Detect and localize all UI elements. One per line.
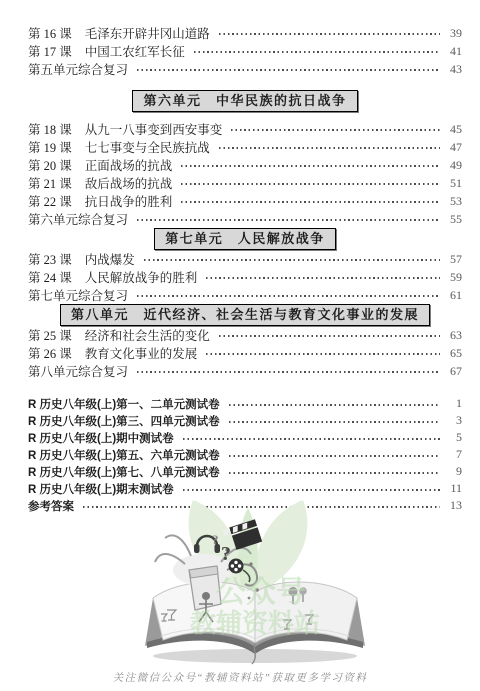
toc-row: 第五单元综合复习43 xyxy=(28,60,462,78)
toc-row: 第 17 课中国工农红军长征41 xyxy=(28,42,462,60)
entry-title: 七七事变与全民族抗战 xyxy=(85,138,210,156)
unit-header: 第六单元 中华民族的抗日战争 xyxy=(132,90,357,112)
page-number: 11 xyxy=(445,481,462,496)
toc-row: 第 24 课人民解放战争的胜利59 xyxy=(28,268,462,286)
test-paper-row: R 历史八年级(上)第一、二单元测试卷1 xyxy=(28,395,462,412)
entry-title: 第七单元综合复习 xyxy=(28,286,128,304)
lesson-number: 第 25 课 xyxy=(28,326,72,344)
unit-header: 第八单元 近代经济、社会生活与教育文化事业的发展 xyxy=(60,304,430,326)
dot-leader xyxy=(181,183,440,185)
page-number: 51 xyxy=(445,176,462,191)
entry-title: 正面战场的抗战 xyxy=(85,156,173,174)
entry-title: 敌后战场的抗战 xyxy=(85,174,173,192)
dot-leader xyxy=(219,33,440,35)
entry-title: 第五单元综合复习 xyxy=(28,60,128,78)
dot-leader xyxy=(137,219,440,221)
test-paper-row: R 历史八年级(上)第三、四单元测试卷3 xyxy=(28,412,462,429)
entry-title: R 历史八年级(上)第五、六单元测试卷 xyxy=(28,447,220,463)
toc-row: 第七单元综合复习61 xyxy=(28,286,462,304)
lesson-number: 第 22 课 xyxy=(28,192,72,210)
page-number: 47 xyxy=(445,140,462,155)
toc-row: 第 20 课正面战场的抗战49 xyxy=(28,156,462,174)
page-number: 1 xyxy=(445,396,462,411)
unit-header-wrap: 第八单元 近代经济、社会生活与教育文化事业的发展 xyxy=(28,304,462,326)
book-illustration: ? ? xyxy=(0,498,480,670)
lesson-number: 第 26 课 xyxy=(28,344,72,362)
page-number: 55 xyxy=(445,212,462,227)
entry-title: 中国工农红军长征 xyxy=(85,42,185,60)
test-paper-row: R 历史八年级(上)期中测试卷5 xyxy=(28,429,462,446)
entry-title: 第六单元综合复习 xyxy=(28,210,128,228)
test-paper-row: R 历史八年级(上)期末测试卷11 xyxy=(28,480,462,497)
page-number: 9 xyxy=(445,464,462,479)
dot-leader xyxy=(206,277,440,279)
entry-title: R 历史八年级(上)期中测试卷 xyxy=(28,430,174,446)
dot-leader xyxy=(194,51,440,53)
dot-leader xyxy=(219,147,440,149)
dot-leader xyxy=(219,335,440,337)
toc-row: 第 23 课内战爆发57 xyxy=(28,250,462,268)
toc-row: 第 21 课敌后战场的抗战51 xyxy=(28,174,462,192)
page-number: 39 xyxy=(445,26,462,41)
toc-row: 第八单元综合复习67 xyxy=(28,362,462,380)
test-paper-list: R 历史八年级(上)第一、二单元测试卷1R 历史八年级(上)第三、四单元测试卷3… xyxy=(28,395,462,514)
footer-text: 关注微信公众号“教辅资料站”获取更多学习资料 xyxy=(113,673,368,684)
svg-text:?: ? xyxy=(221,543,231,565)
test-paper-row: R 历史八年级(上)第七、八单元测试卷9 xyxy=(28,463,462,480)
toc-page: 第 16 课毛泽东开辟井冈山道路39第 17 课中国工农红军长征41第五单元综合… xyxy=(0,0,480,691)
toc-row: 第 16 课毛泽东开辟井冈山道路39 xyxy=(28,24,462,42)
dot-leader xyxy=(229,455,440,457)
dot-leader xyxy=(181,201,440,203)
dot-leader xyxy=(137,295,440,297)
page-number: 49 xyxy=(445,158,462,173)
page-number: 57 xyxy=(445,252,462,267)
page-number: 45 xyxy=(445,122,462,137)
entry-title: 毛泽东开辟井冈山道路 xyxy=(85,24,210,42)
entry-title: R 历史八年级(上)第一、二单元测试卷 xyxy=(28,396,220,412)
dot-leader xyxy=(183,489,440,491)
page-number: 65 xyxy=(445,346,462,361)
toc-row: 第六单元综合复习55 xyxy=(28,210,462,228)
dot-leader xyxy=(183,438,440,440)
svg-text:?: ? xyxy=(212,532,219,547)
entry-title: 抗日战争的胜利 xyxy=(85,192,173,210)
dot-leader xyxy=(144,259,440,261)
dot-leader xyxy=(137,371,440,373)
entry-title: R 历史八年级(上)第三、四单元测试卷 xyxy=(28,413,220,429)
toc-list: 第 16 课毛泽东开辟井冈山道路39第 17 课中国工农红军长征41第五单元综合… xyxy=(0,0,480,514)
entry-title: R 历史八年级(上)第七、八单元测试卷 xyxy=(28,464,220,480)
toc-row: 第 18 课从九一八事变到西安事变45 xyxy=(28,120,462,138)
entry-title: 第八单元综合复习 xyxy=(28,362,128,380)
unit-header-wrap: 第六单元 中华民族的抗日战争 xyxy=(28,90,462,112)
lesson-number: 第 24 课 xyxy=(28,268,72,286)
lesson-number: 第 20 课 xyxy=(28,156,72,174)
lesson-number: 第 21 课 xyxy=(28,174,72,192)
entry-title: 人民解放战争的胜利 xyxy=(85,268,198,286)
test-paper-row: R 历史八年级(上)第五、六单元测试卷7 xyxy=(28,446,462,463)
page-number: 5 xyxy=(445,430,462,445)
dot-leader xyxy=(231,129,440,131)
page-number: 59 xyxy=(445,270,462,285)
page-number: 61 xyxy=(445,288,462,303)
unit-header-wrap: 第七单元 人民解放战争 xyxy=(28,228,462,250)
footer-note: 关注微信公众号“教辅资料站”获取更多学习资料 xyxy=(0,670,480,685)
entry-title: 教育文化事业的发展 xyxy=(85,344,198,362)
entry-title: 从九一八事变到西安事变 xyxy=(85,120,223,138)
entry-title: 经济和社会生活的变化 xyxy=(85,326,210,344)
dot-leader xyxy=(229,472,440,474)
page-number: 41 xyxy=(445,44,462,59)
page-number: 63 xyxy=(445,328,462,343)
dot-leader xyxy=(206,353,440,355)
dot-leader xyxy=(229,404,440,406)
page-number: 67 xyxy=(445,364,462,379)
watermark-text-line2: 教辅资料站 xyxy=(190,608,320,638)
lesson-number: 第 19 课 xyxy=(28,138,72,156)
entry-title: R 历史八年级(上)期末测试卷 xyxy=(28,481,174,497)
dot-leader xyxy=(229,421,440,423)
page-number: 3 xyxy=(445,413,462,428)
lesson-number: 第 16 课 xyxy=(28,24,72,42)
lesson-number: 第 23 课 xyxy=(28,250,72,268)
toc-row: 第 25 课经济和社会生活的变化63 xyxy=(28,326,462,344)
dot-leader xyxy=(181,165,440,167)
toc-row: 第 26 课教育文化事业的发展65 xyxy=(28,344,462,362)
page-number: 7 xyxy=(445,447,462,462)
toc-row: 第 19 课七七事变与全民族抗战47 xyxy=(28,138,462,156)
page-number: 53 xyxy=(445,194,462,209)
dot-leader xyxy=(137,69,440,71)
entry-title: 内战爆发 xyxy=(85,250,135,268)
page-number: 43 xyxy=(445,62,462,77)
unit-header: 第七单元 人民解放战争 xyxy=(154,228,336,250)
watermark-text-line1: 公众号 xyxy=(216,576,306,609)
lesson-number: 第 18 课 xyxy=(28,120,72,138)
lesson-number: 第 17 课 xyxy=(28,42,72,60)
toc-row: 第 22 课抗日战争的胜利53 xyxy=(28,192,462,210)
